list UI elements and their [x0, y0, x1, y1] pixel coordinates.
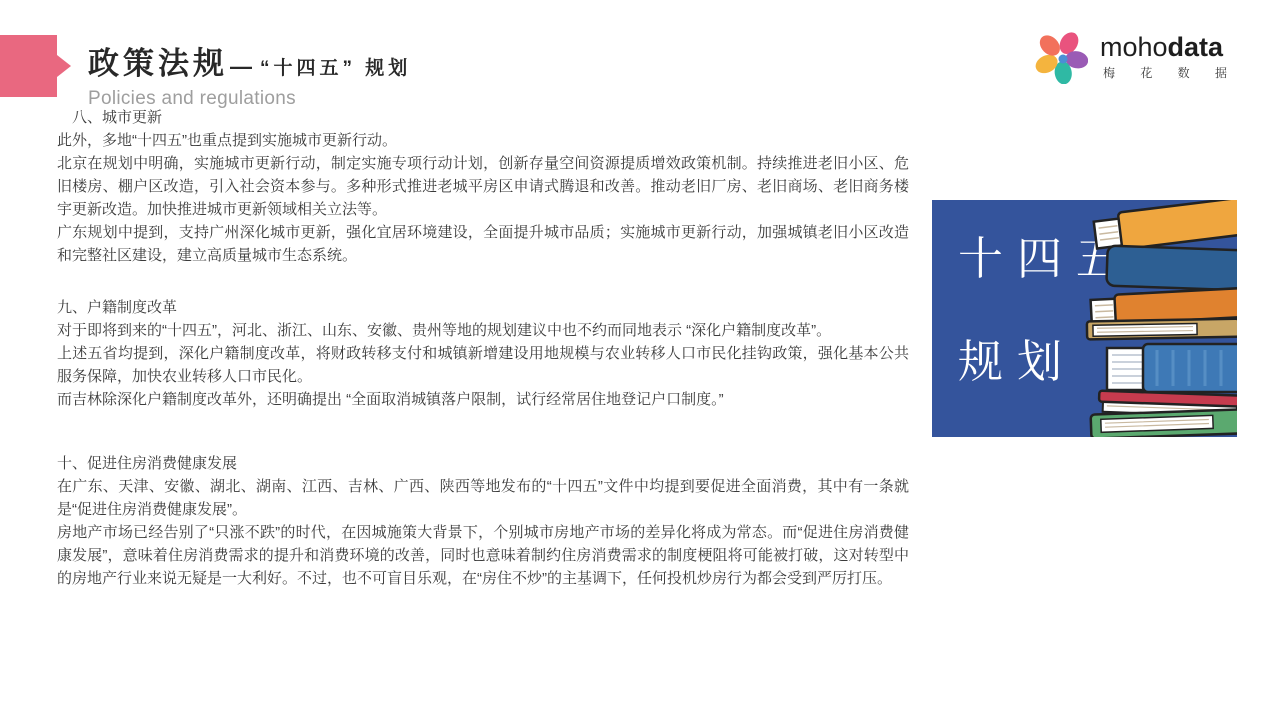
accent-flag-shape: [0, 35, 57, 97]
logo-word-bold: data: [1168, 32, 1224, 62]
title-dash: —: [230, 54, 252, 80]
paragraph: 广东规划中提到，支持广州深化城市更新，强化宜居环境建设，全面提升城市品质；实施城…: [57, 221, 909, 267]
header: 政策法规 — “十四五” 规划 Policies and regulations: [88, 38, 411, 110]
logo-chinese: 梅 花 数 据: [1100, 64, 1238, 81]
logo-wordmark: mohodata: [1100, 33, 1238, 61]
book: [1106, 246, 1237, 291]
section-housing-consumption: 十、促进住房消费健康发展 在广东、天津、安徽、湖北、湖南、江西、吉林、广西、陕西…: [57, 452, 909, 590]
pinwheel-center-dot: [1058, 55, 1067, 64]
slide: 政策法规 — “十四五” 规划 Policies and regulations…: [0, 0, 1280, 720]
title-sub: “十四五” 规划: [260, 53, 411, 80]
mohodata-logo: mohodata 梅 花 数 据: [1034, 30, 1238, 84]
paragraph: 此外，多地“十四五”也重点提到实施城市更新行动。: [57, 129, 909, 152]
section-heading: 十、促进住房消费健康发展: [57, 452, 909, 475]
logo-text: mohodata 梅 花 数 据: [1100, 33, 1238, 81]
title-main: 政策法规: [88, 38, 228, 83]
paragraph: 上述五省均提到，深化户籍制度改革，将财政转移支付和城镇新增建设用地规模与农业转移…: [57, 342, 909, 388]
logo-word-regular: moho: [1100, 32, 1168, 62]
section-heading: 八、城市更新: [57, 106, 909, 129]
book: [1107, 344, 1237, 392]
pinwheel-icon: [1034, 30, 1088, 84]
page-title: 政策法规 — “十四五” 规划: [88, 38, 411, 83]
paragraph: 在广东、天津、安徽、湖北、湖南、江西、吉林、广西、陕西等地发布的“十四五”文件中…: [57, 475, 909, 521]
paragraph: 对于即将到来的“十四五”，河北、浙江、山东、安徽、贵州等地的规划建议中也不约而同…: [57, 319, 909, 342]
book-stack-illustration: [1077, 200, 1237, 437]
section-urban-renewal: 八、城市更新 此外，多地“十四五”也重点提到实施城市更新行动。 北京在规划中明确…: [57, 106, 909, 267]
section-heading: 九、户籍制度改革: [57, 296, 909, 319]
paragraph: 而吉林除深化户籍制度改革外，还明确提出 “全面取消城镇落户限制，试行经常居住地登…: [57, 388, 909, 411]
section-hukou-reform: 九、户籍制度改革 对于即将到来的“十四五”，河北、浙江、山东、安徽、贵州等地的规…: [57, 296, 909, 411]
paragraph: 房地产市场已经告别了“只涨不跌”的时代，在因城施策大背景下，个别城市房地产市场的…: [57, 521, 909, 590]
book: [1093, 200, 1237, 252]
book: [1087, 319, 1237, 340]
article-body: 八、城市更新 此外，多地“十四五”也重点提到实施城市更新行动。 北京在规划中明确…: [57, 106, 909, 590]
plan-illustration: 十四五 规划: [932, 200, 1237, 437]
book: [1091, 409, 1237, 437]
paragraph: 北京在规划中明确，实施城市更新行动，制定实施专项行动计划，创新存量空间资源提质增…: [57, 152, 909, 221]
